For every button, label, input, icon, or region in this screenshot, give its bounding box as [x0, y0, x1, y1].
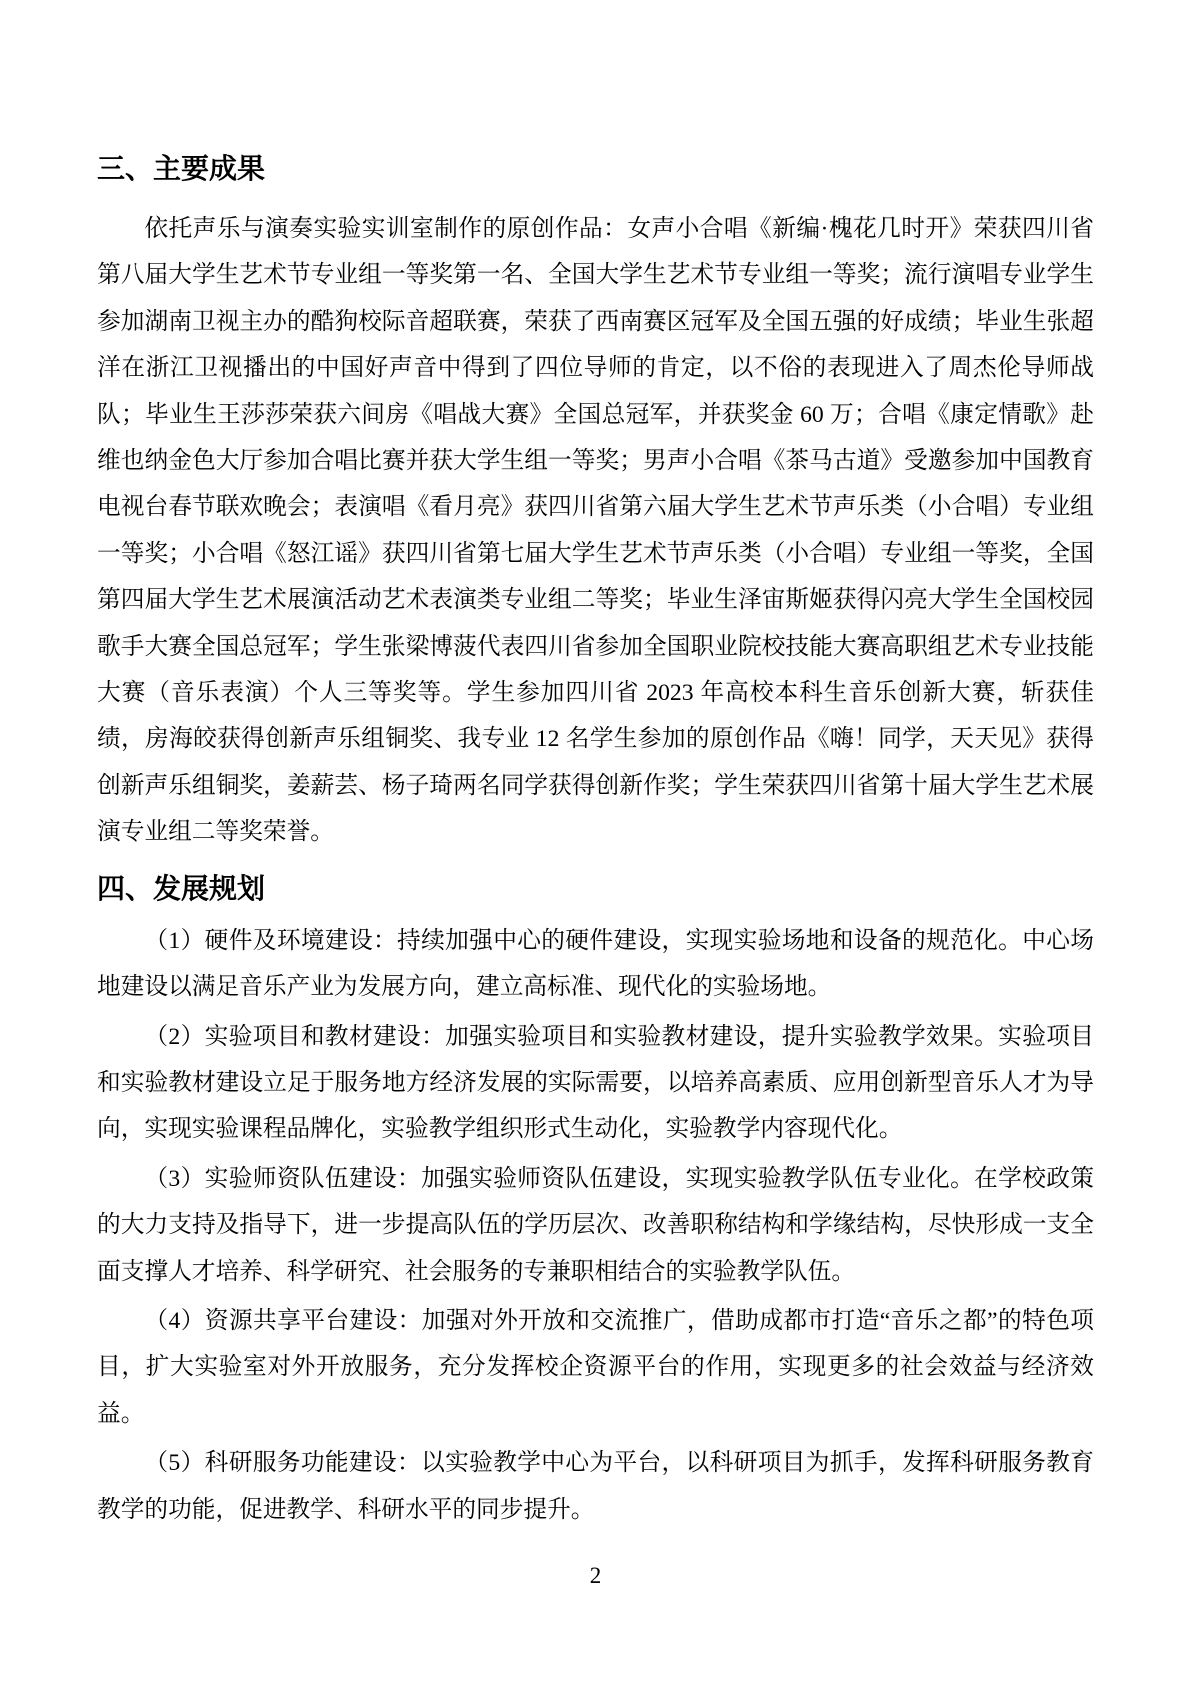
- achievements-paragraph: 依托声乐与演奏实验实训室制作的原创作品：女声小合唱《新编·槐花几时开》荣获四川省…: [97, 206, 1094, 856]
- section-heading-development-plan: 四、发展规划: [97, 870, 1094, 908]
- development-plan-item-2: （2）实验项目和教材建设：加强实验项目和实验教材建设，提升实验教学效果。实验项目…: [97, 1014, 1094, 1153]
- development-plan-item-5: （5）科研服务功能建设：以实验教学中心为平台，以科研项目为抓手，发挥科研服务教育…: [97, 1440, 1094, 1533]
- development-plan-item-1: （1）硬件及环境建设：持续加强中心的硬件建设，实现实验场地和设备的规范化。中心场…: [97, 918, 1094, 1011]
- development-plan-item-3: （3）实验师资队伍建设：加强实验师资队伍建设，实现实验教学队伍专业化。在学校政策…: [97, 1156, 1094, 1295]
- development-plan-item-4: （4）资源共享平台建设：加强对外开放和交流推广，借助成都市打造“音乐之都”的特色…: [97, 1298, 1094, 1437]
- document-page: 三、主要成果 依托声乐与演奏实验实训室制作的原创作品：女声小合唱《新编·槐花几时…: [0, 0, 1191, 1684]
- page-number: 2: [0, 1562, 1191, 1590]
- document-content: 三、主要成果 依托声乐与演奏实验实训室制作的原创作品：女声小合唱《新编·槐花几时…: [97, 150, 1094, 1536]
- section-heading-main-achievements: 三、主要成果: [97, 150, 1094, 188]
